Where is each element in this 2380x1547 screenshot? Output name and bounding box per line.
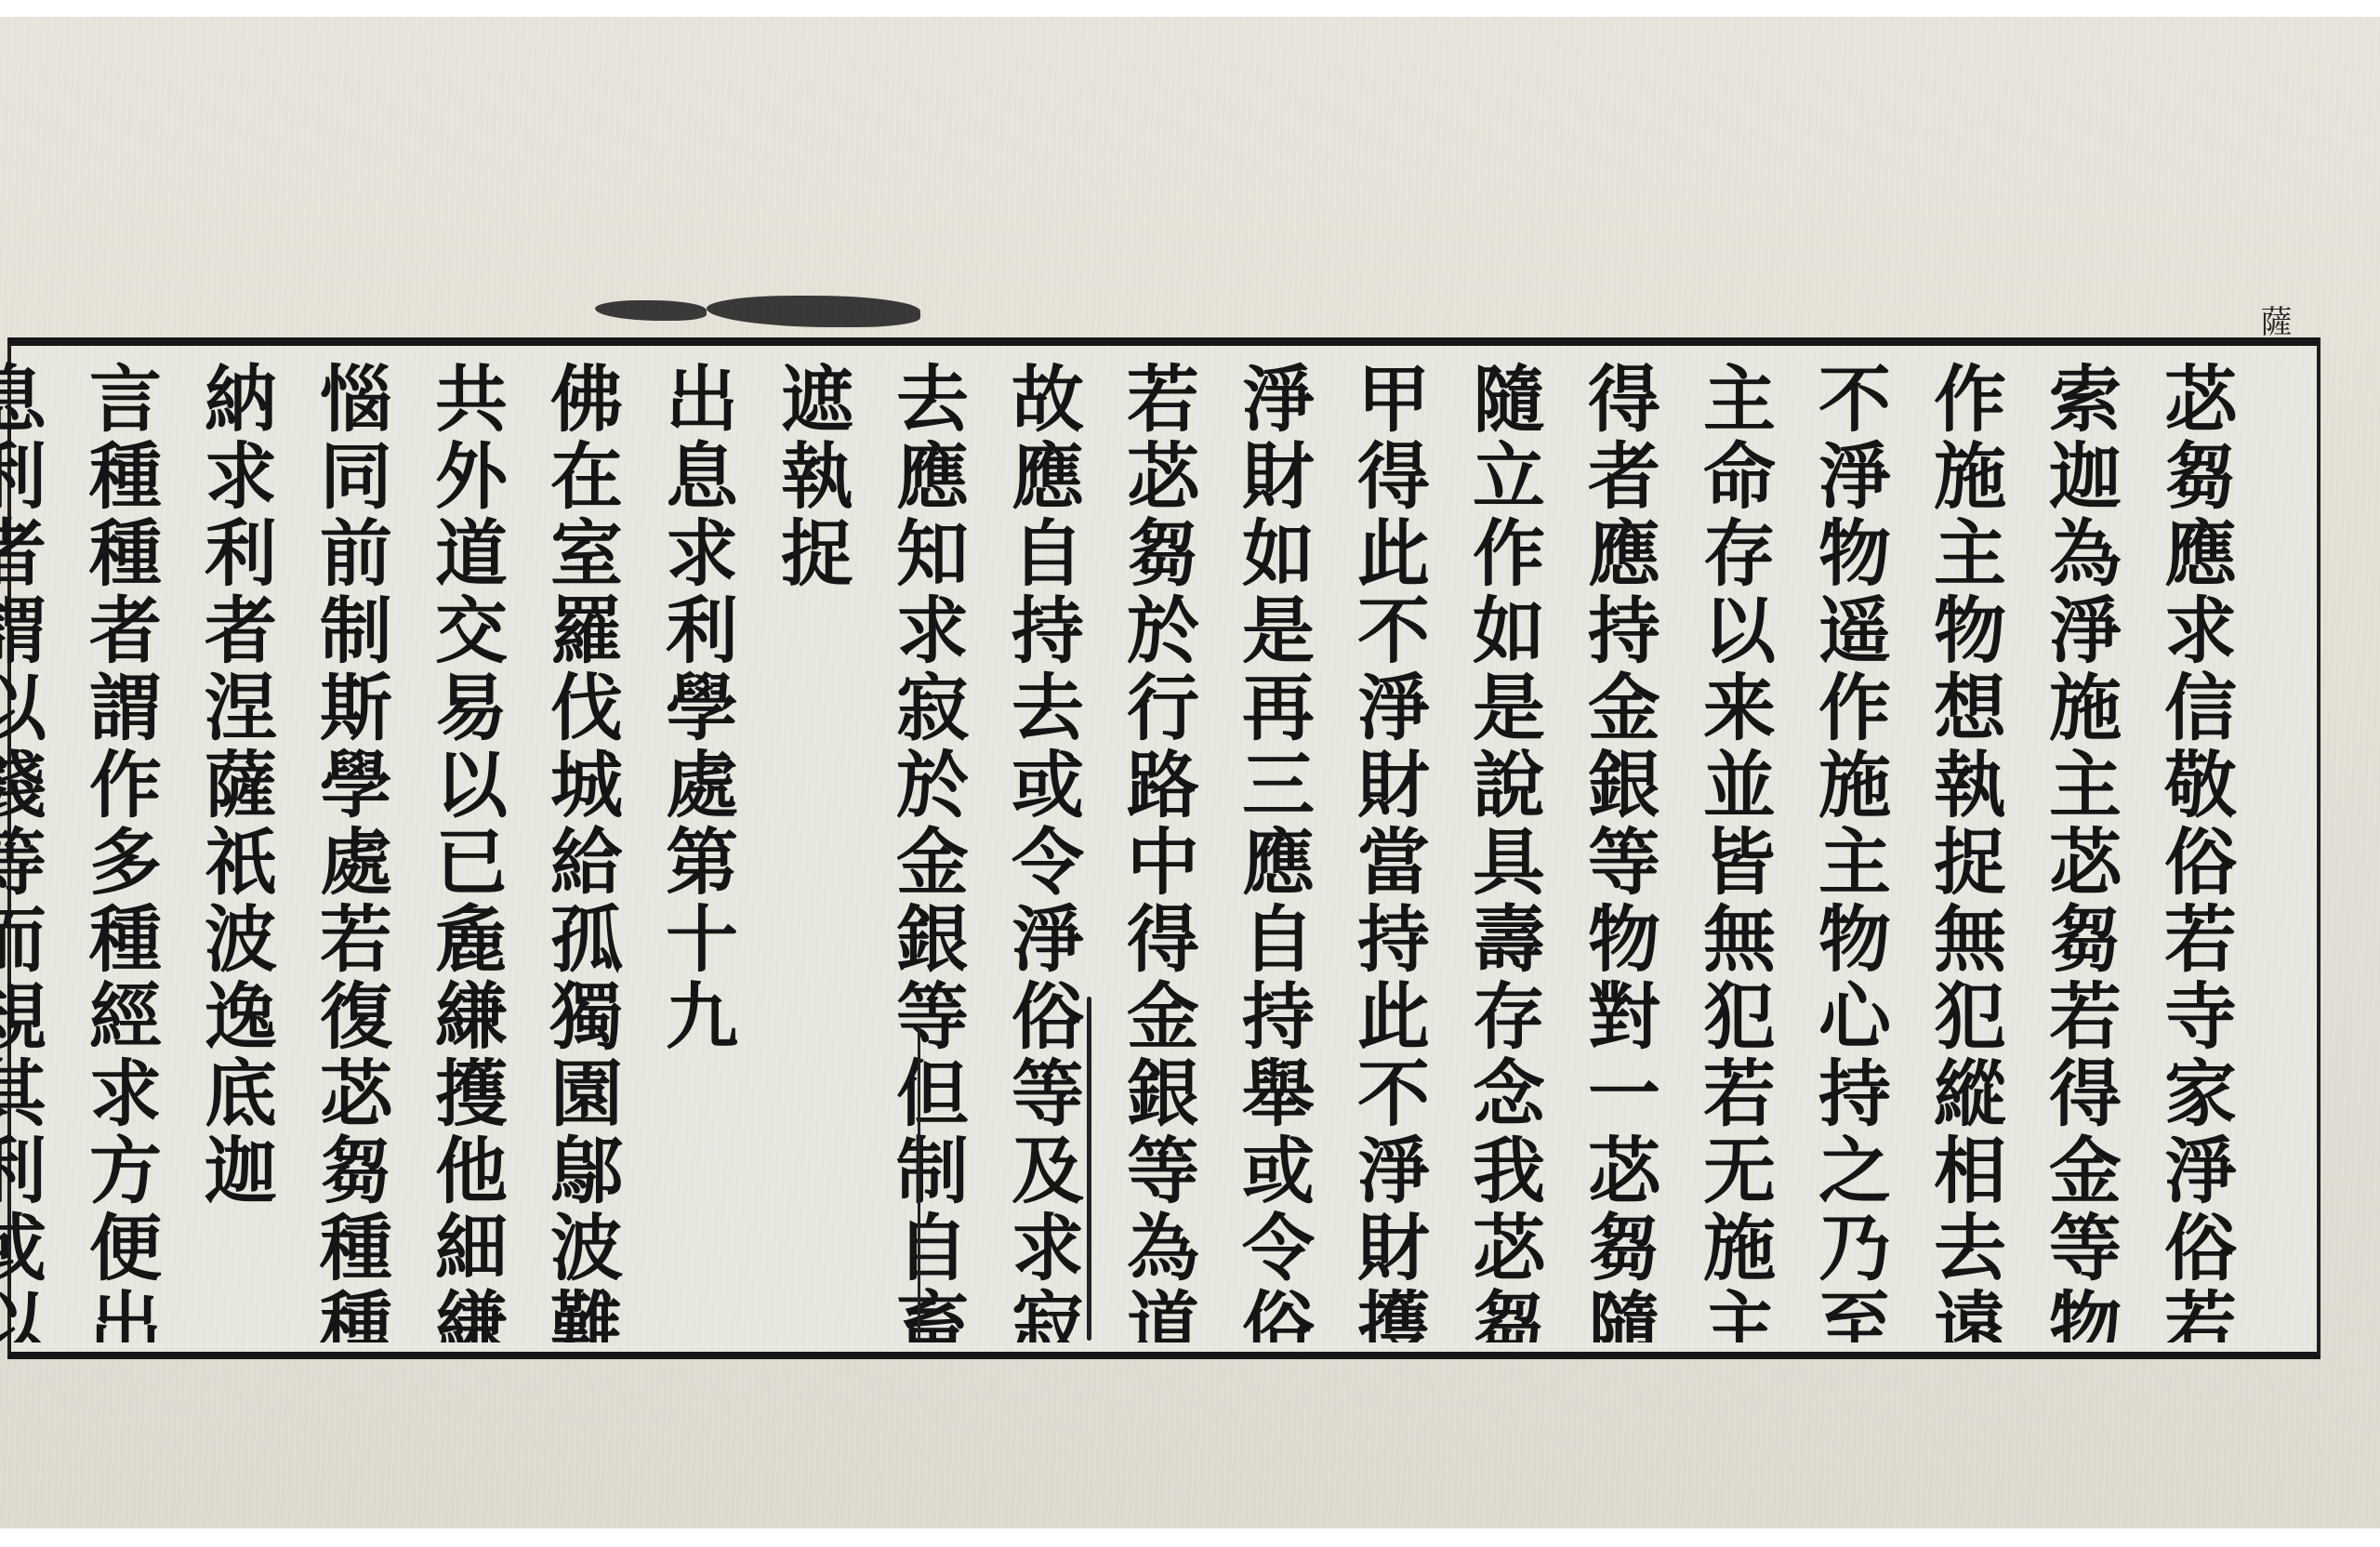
text-column: 去應知求寂於金銀等但制自畜不 <box>868 361 984 1342</box>
text-column: 甲得此不淨財當持此不淨財擭取 <box>1329 361 1445 1342</box>
text-column: 不淨物遥作施主物心持之乃至施 <box>1791 361 1906 1342</box>
text-column: 故應自持去或令淨俗等及求寂持 <box>984 361 1099 1342</box>
text-column: 隨立作如是說具壽存念我苾芻某 <box>1445 361 1560 1342</box>
block-seam-line <box>1087 997 1091 1341</box>
text-column: 佛在室羅伐城給孤獨園鄔波難陀 <box>522 361 638 1342</box>
text-column: 苾芻應求信敬俗若寺家淨俗若鄔波 <box>2136 361 2252 1342</box>
text-column: 得者應持金銀等物對一苾芻隨住 <box>1560 361 1675 1342</box>
text-column: 息利者謂以錢等而規其利或以金 <box>0 361 61 1342</box>
block-seam-line <box>918 1025 920 1341</box>
ink-smudge <box>595 300 707 321</box>
text-column: 作施主物想執捉無犯縱相去遠得 <box>1906 361 2021 1342</box>
text-column: 惱同前制斯學處若復苾芻種種出 <box>292 361 407 1342</box>
text-column: 言種種者謂作多種經求方便出納 <box>61 361 177 1342</box>
text-column: 若苾芻於行路中得金銀等為道粮 <box>1099 361 1214 1342</box>
text-column: 主命存以来並皆無犯若无施主可 <box>1675 361 1791 1342</box>
ink-smudge <box>707 296 920 327</box>
text-column: 遮執捉 <box>753 361 868 1342</box>
scanned-page: 薩婆多部律攝卷第六第二十二張奉 苾芻應求信敬俗若寺家淨俗若鄔波 索迦為淨施主苾芻… <box>0 17 2380 1528</box>
text-column: 納求利者涅薩祇波逸底迦 <box>177 361 292 1342</box>
text-columns: 苾芻應求信敬俗若寺家淨俗若鄔波 索迦為淨施主苾芻若得金等物時 作施主物想執捉無犯… <box>0 361 2252 1342</box>
print-frame: 苾芻應求信敬俗若寺家淨俗若鄔波 索迦為淨施主苾芻若得金等物時 作施主物想執捉無犯… <box>7 337 2320 1359</box>
text-column: 索迦為淨施主苾芻若得金等物時 <box>2021 361 2136 1342</box>
text-column: 共外道交易以已麁縑擭他細縑事 <box>407 361 522 1342</box>
text-column: 淨財如是再三應自持舉或令俗舉 <box>1214 361 1329 1342</box>
section-heading: 出息求利學處第十九 <box>638 361 753 1342</box>
